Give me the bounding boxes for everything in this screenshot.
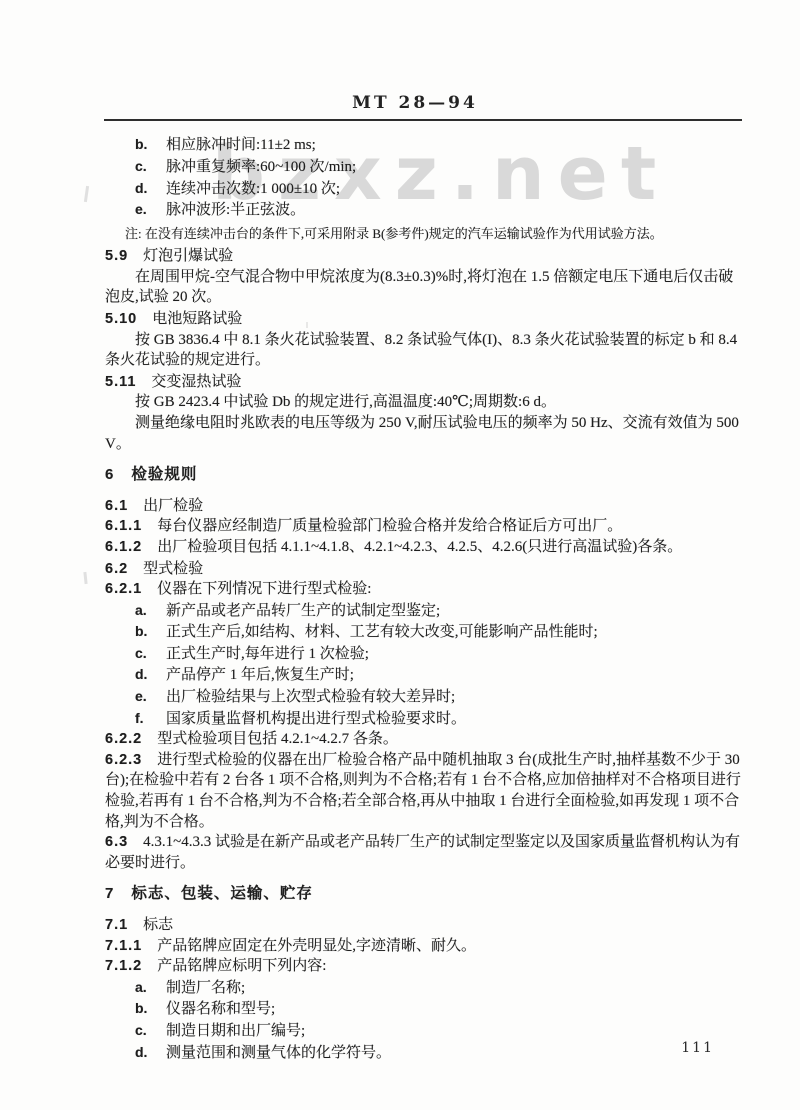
paragraph-5-11-b: 测量绝缘电阻时兆欧表的电压等级为 250 V,耐压试验电压的频率为 50 Hz、… <box>105 413 742 454</box>
paragraph-5-11-a: 按 GB 2423.4 中试验 Db 的规定进行,高温温度:40℃;周期数:6 … <box>105 392 742 413</box>
section-number: 7.1 <box>105 917 128 933</box>
section-title: 灯泡引爆试验 <box>143 248 233 264</box>
clause-7-1-2: 7.1.2产品铭牌应标明下列内容: <box>105 956 742 977</box>
document-page: MT 28—94 bzxz.net b.相应脉冲时间:11±2 ms; c.脉冲… <box>0 0 800 1110</box>
section-heading-5-9: 5.9灯泡引爆试验 <box>105 246 742 267</box>
section-number: 6.1 <box>105 498 128 514</box>
section-title: 型式检验 <box>143 561 203 577</box>
clause-6-3: 6.34.3.1~4.3.3 试验是在新产品或老产品转厂生产的试制定型鉴定以及国… <box>105 832 742 873</box>
list-item-label: b. <box>135 998 166 1019</box>
list-item-label: e. <box>135 199 166 220</box>
list-item-text: 测量范围和测量气体的化学符号。 <box>166 1045 391 1061</box>
nameplate-content-list: a.制造厂名称; b.仪器名称和型号; c.制造日期和出厂编号; d.测量范围和… <box>135 977 742 1063</box>
scan-artifact <box>83 572 87 584</box>
clause-6-2-2: 6.2.2型式检验项目包括 4.2.1~4.2.7 各条。 <box>105 729 742 750</box>
doc-code: MT 28—94 <box>30 93 800 113</box>
list-item-label: c. <box>135 643 166 664</box>
section-title: 电池短路试验 <box>152 311 242 327</box>
list-item-label: a. <box>135 600 166 621</box>
clause-text: 产品铭牌应标明下列内容: <box>157 958 326 974</box>
clause-number: 7.1.2 <box>105 958 142 974</box>
clause-text: 产品铭牌应固定在外壳明显处,字迹清晰、耐久。 <box>157 938 476 954</box>
list-item-label: b. <box>135 134 166 155</box>
list-item: d.产品停产 1 年后,恢复生产时; <box>135 664 742 686</box>
list-item-label: d. <box>135 1042 166 1063</box>
list-item-label: c. <box>135 156 166 177</box>
clause-6-2-3: 6.2.3进行型式检验的仪器在出厂检验合格产品中随机抽取 3 台(成批生产时,抽… <box>105 750 742 832</box>
list-item: c.制造日期和出厂编号; <box>135 1020 742 1042</box>
list-item-text: 制造日期和出厂编号; <box>166 1023 305 1039</box>
list-item: c.脉冲重复频率:60~100 次/min; <box>135 156 742 178</box>
list-item: d.连续冲击次数:1 000±10 次; <box>135 178 742 200</box>
clause-text: 型式检验项目包括 4.2.1~4.2.7 各条。 <box>157 731 398 747</box>
section-title: 出厂检验 <box>143 498 203 514</box>
paragraph-5-10: 按 GB 3836.4 中 8.1 条火花试验装置、8.2 条试验气体(I)、8… <box>105 330 742 371</box>
scan-artifact <box>84 186 89 202</box>
clause-number: 7.1.1 <box>105 938 142 954</box>
clause-number: 6.2.3 <box>105 752 142 768</box>
clause-6-1-1: 6.1.1每台仪器应经制造厂质量检验部门检验合格并发给合格证后方可出厂。 <box>105 516 742 537</box>
list-item: e.出厂检验结果与上次型式检验有较大差异时; <box>135 686 742 708</box>
section-number: 5.11 <box>105 374 136 390</box>
chapter-number: 6 <box>105 466 114 483</box>
section-number: 5.10 <box>105 311 137 327</box>
clause-text: 每台仪器应经制造厂质量检验部门检验合格并发给合格证后方可出厂。 <box>157 518 622 534</box>
note-text: 注: 在没有连续冲击台的条件下,可采用附录 B(参考件)规定的汽车运输试验作为代… <box>125 225 742 243</box>
section-heading-6-1: 6.1出厂检验 <box>105 496 742 517</box>
section-number: 6.2 <box>105 561 128 577</box>
list-item-label: a. <box>135 977 166 998</box>
chapter-title: 标志、包装、运输、贮存 <box>131 885 313 902</box>
list-item-text: 脉冲重复频率:60~100 次/min; <box>166 159 356 175</box>
list-item-label: d. <box>135 664 166 685</box>
list-item: c.正式生产时,每年进行 1 次检验; <box>135 643 742 665</box>
clause-number: 6.3 <box>105 834 128 850</box>
list-item-text: 产品停产 1 年后,恢复生产时; <box>166 667 354 683</box>
list-item: a.新产品或老产品转厂生产的试制定型鉴定; <box>135 600 742 622</box>
pulse-parameter-list: b.相应脉冲时间:11±2 ms; c.脉冲重复频率:60~100 次/min;… <box>135 134 742 221</box>
clause-6-1-2: 6.1.2出厂检验项目包括 4.1.1~4.1.8、4.2.1~4.2.3、4.… <box>105 537 742 558</box>
list-item-label: d. <box>135 178 166 199</box>
list-item-text: 出厂检验结果与上次型式检验有较大差异时; <box>166 689 455 705</box>
section-title: 交变湿热试验 <box>151 374 241 390</box>
clause-7-1-1: 7.1.1产品铭牌应固定在外壳明显处,字迹清晰、耐久。 <box>105 936 742 957</box>
clause-text: 4.3.1~4.3.3 试验是在新产品或老产品转厂生产的试制定型鉴定以及国家质量… <box>105 834 740 871</box>
section-heading-5-10: 5.10电池短路试验 <box>105 309 742 330</box>
list-item-text: 正式生产后,如结构、材料、工艺有较大改变,可能影响产品性能时; <box>166 624 598 640</box>
chapter-heading-6: 6检验规则 <box>105 465 742 486</box>
list-item-label: e. <box>135 686 166 707</box>
header-rule <box>104 119 742 121</box>
chapter-title: 检验规则 <box>131 466 197 483</box>
list-item: b.仪器名称和型号; <box>135 998 742 1020</box>
chapter-heading-7: 7标志、包装、运输、贮存 <box>105 884 742 905</box>
list-item-text: 国家质量监督机构提出进行型式检验要求时。 <box>166 711 466 727</box>
clause-text: 仪器在下列情况下进行型式检验: <box>157 581 371 597</box>
list-item: b.正式生产后,如结构、材料、工艺有较大改变,可能影响产品性能时; <box>135 621 742 643</box>
section-heading-7-1: 7.1标志 <box>105 915 742 936</box>
section-heading-6-2: 6.2型式检验 <box>105 559 742 580</box>
list-item-label: c. <box>135 1020 166 1041</box>
paragraph-5-9: 在周围甲烷-空气混合物中甲烷浓度为(8.3±0.3)%时,将灯泡在 1.5 倍额… <box>105 267 742 308</box>
section-title: 标志 <box>143 917 173 933</box>
chapter-number: 7 <box>105 885 114 902</box>
page-content: b.相应脉冲时间:11±2 ms; c.脉冲重复频率:60~100 次/min;… <box>105 134 742 1063</box>
list-item: a.制造厂名称; <box>135 977 742 999</box>
section-heading-5-11: 5.11交变湿热试验 <box>105 372 742 393</box>
clause-number: 6.2.2 <box>105 731 142 747</box>
clause-number: 6.1.2 <box>105 539 142 555</box>
list-item-text: 新产品或老产品转厂生产的试制定型鉴定; <box>166 603 440 619</box>
clause-number: 6.2.1 <box>105 581 142 597</box>
list-item-text: 脉冲波形:半正弦波。 <box>166 202 305 218</box>
clause-number: 6.1.1 <box>105 518 142 534</box>
list-item: b.相应脉冲时间:11±2 ms; <box>135 134 742 156</box>
section-number: 5.9 <box>105 248 128 264</box>
list-item-label: b. <box>135 621 166 642</box>
list-item: d.测量范围和测量气体的化学符号。 <box>135 1042 742 1064</box>
list-item: e.脉冲波形:半正弦波。 <box>135 199 742 221</box>
list-item: f.国家质量监督机构提出进行型式检验要求时。 <box>135 708 742 730</box>
clause-text: 进行型式检验的仪器在出厂检验合格产品中随机抽取 3 台(成批生产时,抽样基数不少… <box>105 752 741 830</box>
list-item-text: 制造厂名称; <box>166 980 245 996</box>
list-item-text: 正式生产时,每年进行 1 次检验; <box>166 646 369 662</box>
list-item-label: f. <box>135 708 166 729</box>
list-item-text: 仪器名称和型号; <box>166 1001 275 1017</box>
type-test-condition-list: a.新产品或老产品转厂生产的试制定型鉴定; b.正式生产后,如结构、材料、工艺有… <box>135 600 742 730</box>
clause-text: 出厂检验项目包括 4.1.1~4.1.8、4.2.1~4.2.3、4.2.5、4… <box>157 539 682 555</box>
clause-6-2-1: 6.2.1仪器在下列情况下进行型式检验: <box>105 579 742 600</box>
list-item-text: 相应脉冲时间:11±2 ms; <box>166 137 316 153</box>
page-number: 111 <box>681 1040 714 1056</box>
list-item-text: 连续冲击次数:1 000±10 次; <box>166 181 340 197</box>
